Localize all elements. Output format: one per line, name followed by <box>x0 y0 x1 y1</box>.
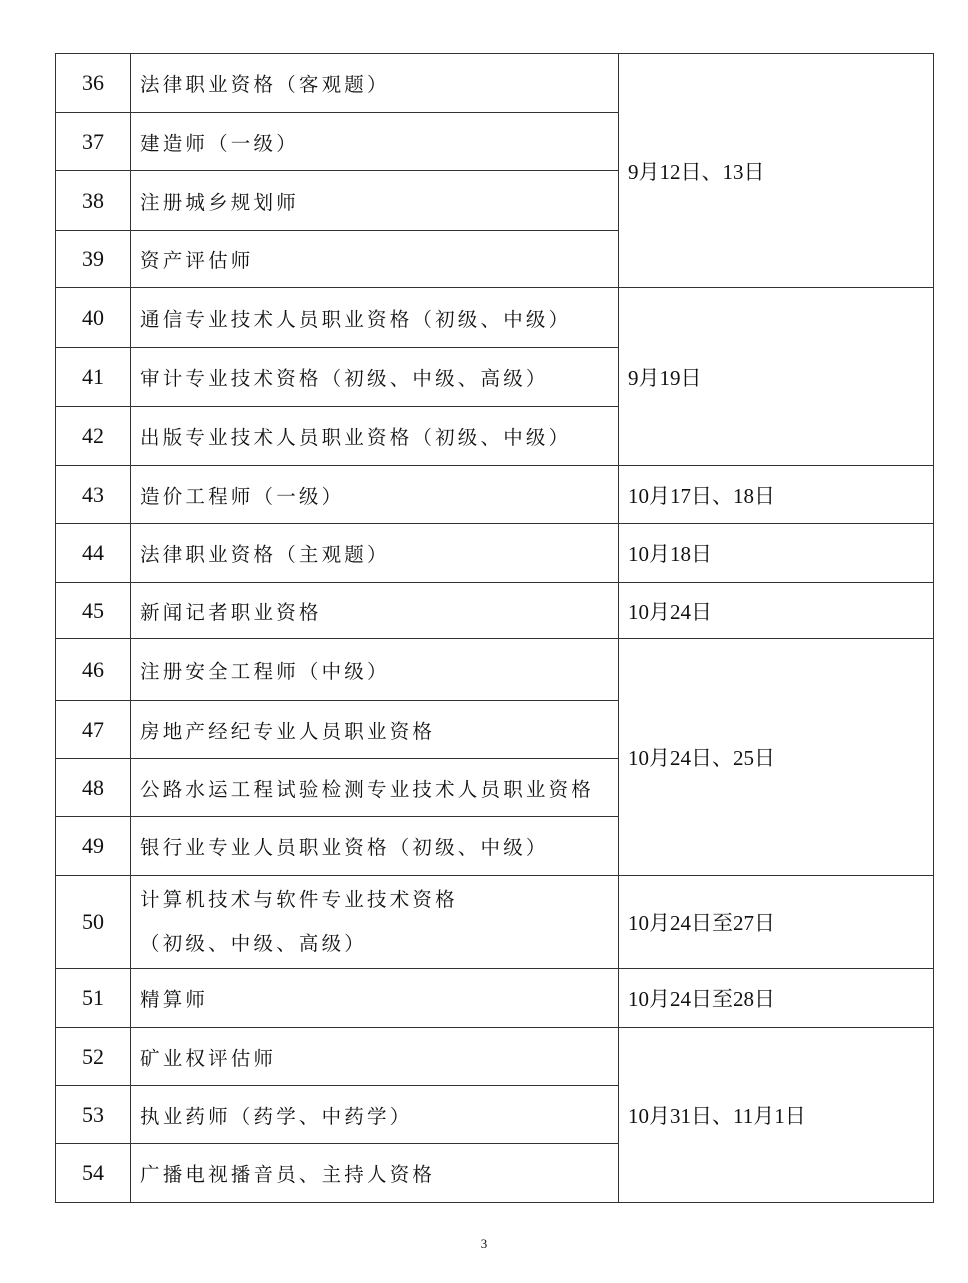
exam-name: 注册安全工程师（中级） <box>131 639 619 701</box>
table-row: 46 注册安全工程师（中级） 10月24日、25日 <box>56 639 934 701</box>
row-number: 37 <box>56 113 131 171</box>
row-number: 45 <box>56 583 131 639</box>
row-number: 44 <box>56 524 131 583</box>
exam-name: 资产评估师 <box>131 231 619 288</box>
row-number: 50 <box>56 876 131 969</box>
exam-name: 精算师 <box>131 969 619 1028</box>
table-row: 45 新闻记者职业资格 10月24日 <box>56 583 934 639</box>
exam-name: 房地产经纪专业人员职业资格 <box>131 701 619 759</box>
exam-date: 10月17日、18日 <box>619 466 934 524</box>
table-row: 36 法律职业资格（客观题） 9月12日、13日 <box>56 54 934 113</box>
row-number: 41 <box>56 348 131 407</box>
exam-name: 新闻记者职业资格 <box>131 583 619 639</box>
exam-schedule-table: 36 法律职业资格（客观题） 9月12日、13日 37 建造师（一级） 38 注… <box>55 53 934 1203</box>
exam-name: 造价工程师（一级） <box>131 466 619 524</box>
exam-name: 法律职业资格（客观题） <box>131 54 619 113</box>
exam-name-line-2: （初级、中级、高级） <box>140 922 618 966</box>
exam-date: 9月12日、13日 <box>619 54 934 288</box>
row-number: 49 <box>56 817 131 876</box>
exam-name: 建造师（一级） <box>131 113 619 171</box>
page-number: 3 <box>0 1236 968 1252</box>
exam-name: 注册城乡规划师 <box>131 171 619 231</box>
table-row: 43 造价工程师（一级） 10月17日、18日 <box>56 466 934 524</box>
row-number: 42 <box>56 407 131 466</box>
table-row: 44 法律职业资格（主观题） 10月18日 <box>56 524 934 583</box>
exam-date: 9月19日 <box>619 288 934 466</box>
exam-name: 审计专业技术资格（初级、中级、高级） <box>131 348 619 407</box>
exam-date: 10月24日至27日 <box>619 876 934 969</box>
exam-date: 10月24日至28日 <box>619 969 934 1028</box>
row-number: 54 <box>56 1144 131 1203</box>
row-number: 39 <box>56 231 131 288</box>
exam-name: 矿业权评估师 <box>131 1028 619 1086</box>
exam-name: 银行业专业人员职业资格（初级、中级） <box>131 817 619 876</box>
row-number: 48 <box>56 759 131 817</box>
row-number: 53 <box>56 1086 131 1144</box>
exam-name: 广播电视播音员、主持人资格 <box>131 1144 619 1203</box>
exam-name: 通信专业技术人员职业资格（初级、中级） <box>131 288 619 348</box>
table-row: 52 矿业权评估师 10月31日、11月1日 <box>56 1028 934 1086</box>
table-row: 51 精算师 10月24日至28日 <box>56 969 934 1028</box>
table-row: 50 计算机技术与软件专业技术资格 （初级、中级、高级） 10月24日至27日 <box>56 876 934 969</box>
exam-name: 出版专业技术人员职业资格（初级、中级） <box>131 407 619 466</box>
exam-name-line-1: 计算机技术与软件专业技术资格 <box>140 878 618 922</box>
exam-name: 执业药师（药学、中药学） <box>131 1086 619 1144</box>
row-number: 52 <box>56 1028 131 1086</box>
exam-name: 公路水运工程试验检测专业技术人员职业资格 <box>131 759 619 817</box>
row-number: 43 <box>56 466 131 524</box>
table-row: 40 通信专业技术人员职业资格（初级、中级） 9月19日 <box>56 288 934 348</box>
row-number: 46 <box>56 639 131 701</box>
exam-date: 10月31日、11月1日 <box>619 1028 934 1203</box>
row-number: 38 <box>56 171 131 231</box>
exam-name: 法律职业资格（主观题） <box>131 524 619 583</box>
row-number: 40 <box>56 288 131 348</box>
row-number: 36 <box>56 54 131 113</box>
row-number: 47 <box>56 701 131 759</box>
exam-date: 10月24日 <box>619 583 934 639</box>
exam-name: 计算机技术与软件专业技术资格 （初级、中级、高级） <box>131 876 619 969</box>
row-number: 51 <box>56 969 131 1028</box>
exam-date: 10月18日 <box>619 524 934 583</box>
exam-date: 10月24日、25日 <box>619 639 934 876</box>
